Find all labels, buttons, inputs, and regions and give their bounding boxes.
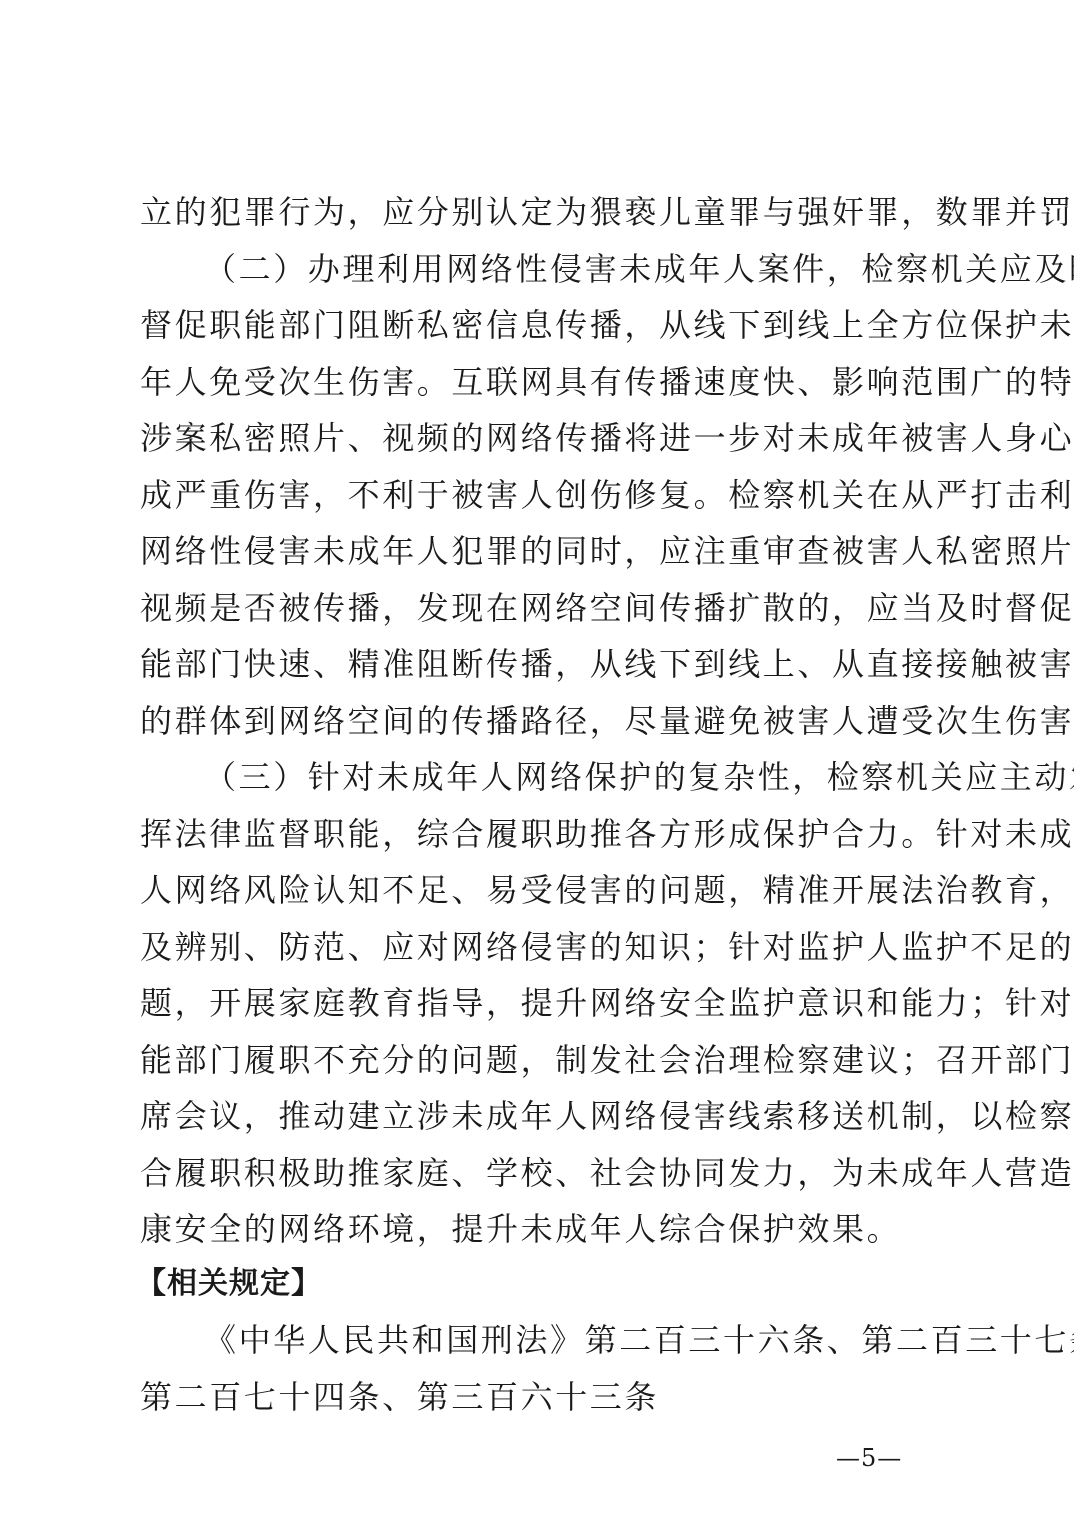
paragraph-point-2-line: 能部门快速、精准阻断传播，从线下到线上、从直接接触被害人 xyxy=(140,642,940,686)
paragraph-point-3-line: 合履职积极助推家庭、学校、社会协同发力，为未成年人营造健 xyxy=(140,1151,940,1195)
related-provisions-heading: 【相关规定】 xyxy=(136,1262,322,1306)
paragraph-point-3-line: 能部门履职不充分的问题，制发社会治理检察建议；召开部门联 xyxy=(140,1038,940,1082)
paragraph-point-2-line: 督促职能部门阻断私密信息传播，从线下到线上全方位保护未成 xyxy=(140,303,940,347)
paragraph-point-3-line: 题，开展家庭教育指导，提升网络安全监护意识和能力；针对职 xyxy=(140,981,940,1025)
paragraph-point-2-line: 的群体到网络空间的传播路径，尽量避免被害人遭受次生伤害。 xyxy=(140,699,940,743)
paragraph-point-2-line: 网络性侵害未成年人犯罪的同时，应注重审查被害人私密照片、 xyxy=(140,529,940,573)
related-provisions-line: 第二百七十四条、第三百六十三条 xyxy=(140,1375,940,1419)
related-provisions-line: 《中华人民共和国刑法》第二百三十六条、第二百三十七条、 xyxy=(204,1318,940,1362)
paragraph-point-2-line: 涉案私密照片、视频的网络传播将进一步对未成年被害人身心造 xyxy=(140,416,940,460)
paragraph-point-3-line: 人网络风险认知不足、易受侵害的问题，精准开展法治教育，普 xyxy=(140,868,940,912)
paragraph-point-2-line: 年人免受次生伤害。互联网具有传播速度快、影响范围广的特点， xyxy=(140,360,940,404)
paragraph-point-3-line: 席会议，推动建立涉未成年人网络侵害线索移送机制，以检察综 xyxy=(140,1094,940,1138)
paragraph-point-3-line: 挥法律监督职能，综合履职助推各方形成保护合力。针对未成年 xyxy=(140,812,940,856)
paragraph-point-2-line: 成严重伤害，不利于被害人创伤修复。检察机关在从严打击利用 xyxy=(140,473,940,517)
paragraph-point-3-line: 康安全的网络环境，提升未成年人综合保护效果。 xyxy=(140,1207,940,1251)
paragraph-continuation-line: 立的犯罪行为，应分别认定为猥亵儿童罪与强奸罪，数罪并罚。 xyxy=(140,190,940,234)
paragraph-point-2-line: （二）办理利用网络性侵害未成年人案件，检察机关应及时 xyxy=(204,247,940,291)
document-page: 立的犯罪行为，应分别认定为猥亵儿童罪与强奸罪，数罪并罚。 （二）办理利用网络性侵… xyxy=(0,0,1074,1520)
paragraph-point-2-line: 视频是否被传播，发现在网络空间传播扩散的，应当及时督促职 xyxy=(140,586,940,630)
paragraph-point-3-line: 及辨别、防范、应对网络侵害的知识；针对监护人监护不足的问 xyxy=(140,925,940,969)
page-number: —5— xyxy=(836,1442,902,1474)
paragraph-point-3-line: （三）针对未成年人网络保护的复杂性，检察机关应主动发 xyxy=(204,755,940,799)
